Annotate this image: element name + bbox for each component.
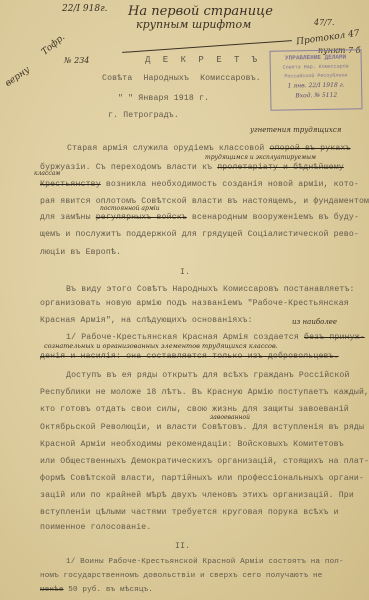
text-line: Старая армія служила орудіемъ классовой … (67, 144, 351, 153)
document-title: Д Е К Р Е Т Ъ (145, 55, 261, 65)
text-line: Республики не моложе 18 лѣтъ. Въ Красную… (40, 388, 369, 397)
text-line: Крестьянству возникла необходимость созд… (40, 180, 359, 189)
handwritten-verify: верну (4, 65, 32, 89)
text-line: или Общественныхъ Демократическихъ орган… (40, 457, 369, 466)
document-city: г. Петроградъ. (108, 111, 179, 120)
text-line: 1/ Рабоче-Крестьянская Красная Армія соз… (66, 333, 365, 342)
insertion: трудящимся и эксплуатируемым (205, 154, 316, 161)
handwritten-note-line2: крупным шрифтом (136, 18, 251, 31)
text-line: буржуазіи. Съ переходомъ власти къ проле… (40, 163, 344, 172)
text-line: формѣ Совѣтской власти, партійныхъ или п… (40, 474, 364, 483)
text-line: люціи въ Европѣ. (40, 248, 121, 257)
stamp-line: Российской Республики (273, 72, 359, 79)
handwritten-note-number: 47/7. (314, 18, 335, 27)
text-line: Доступъ въ ея ряды открытъ для всѣхъ гра… (66, 371, 350, 380)
insertion: классам (34, 170, 60, 177)
text-line: Въ виду этого Совѣтъ Народныхъ Комиссаро… (66, 285, 355, 294)
text-line: Октябрьской Революціи, и власти Совѣтовъ… (40, 423, 364, 432)
text-line: номъ государственномъ довольствіи и свер… (40, 572, 322, 580)
text-line: кто готовъ отдать свои силы, свою жизнь … (40, 405, 349, 414)
stamp-date: 1 янв. 22/I 1918 г. (273, 81, 359, 89)
text-line: для замѣны регулярныхъ войскъ всенародны… (40, 213, 359, 222)
handwritten-initials: Тофр. (40, 32, 67, 57)
section-numeral: I. (180, 268, 190, 277)
decree-document: 22/I 918г. На первой странице крупным шр… (0, 0, 369, 600)
handwritten-protocol: Протокол 47 (296, 29, 361, 48)
underline-divider (122, 40, 292, 53)
text-line: поименное голосованіе. (40, 523, 151, 532)
stamp-incoming-number: Вход. № 5112 (273, 91, 359, 99)
document-date: " " Января 1918 г. (118, 94, 209, 103)
text-line-struck: денія и насилія: она составляется только… (40, 352, 339, 361)
text-line: зацій или по крайней мѣрѣ двухъ членовъ … (40, 491, 354, 500)
insertion: угнетения трудящихся (250, 126, 341, 134)
document-number: № 234 (64, 56, 89, 65)
stamp-line: УПРАВЛЕНИЕ ДЕЛАМИ (273, 53, 359, 61)
handwritten-date: 22/I 918г. (62, 4, 108, 14)
text-line: организовать новую армію подъ названіемъ… (40, 299, 349, 308)
text-line: Красная Армія", на слѣдующихъ основаніях… (40, 316, 253, 325)
stamp-line: Совета Нар. Комиссаров (273, 63, 359, 70)
handwritten-note-line1: На первой странице (128, 4, 273, 19)
insertion: сознательных и организованных элементов … (44, 342, 278, 350)
text-line: 1/ Воины Рабоче-Крестьянской Красной Арм… (66, 558, 344, 566)
section-numeral: II. (175, 542, 190, 551)
text-line: Красной Арміи необходимы рекомендаціи: В… (40, 440, 344, 449)
registration-stamp: УПРАВЛЕНИЕ ДЕЛАМИ Совета Нар. Комиссаров… (269, 49, 362, 111)
text-line: вступленіи цѣлыми частями требуется круг… (40, 508, 339, 517)
insertion: из наиболее (292, 318, 337, 326)
text-line: рая явится оплотомъ Совѣтской власти въ … (40, 197, 369, 206)
insertion: постоянной арміи (100, 205, 160, 212)
text-line: щемъ и послужитъ поддержкой для грядущей… (40, 230, 359, 239)
insertion: завоеванной (210, 414, 250, 421)
text-line: менѣе 50 руб. въ мѣсяцъ. (40, 586, 153, 594)
document-subtitle: Совѣта Народныхъ Комиссаровъ. (102, 74, 261, 83)
